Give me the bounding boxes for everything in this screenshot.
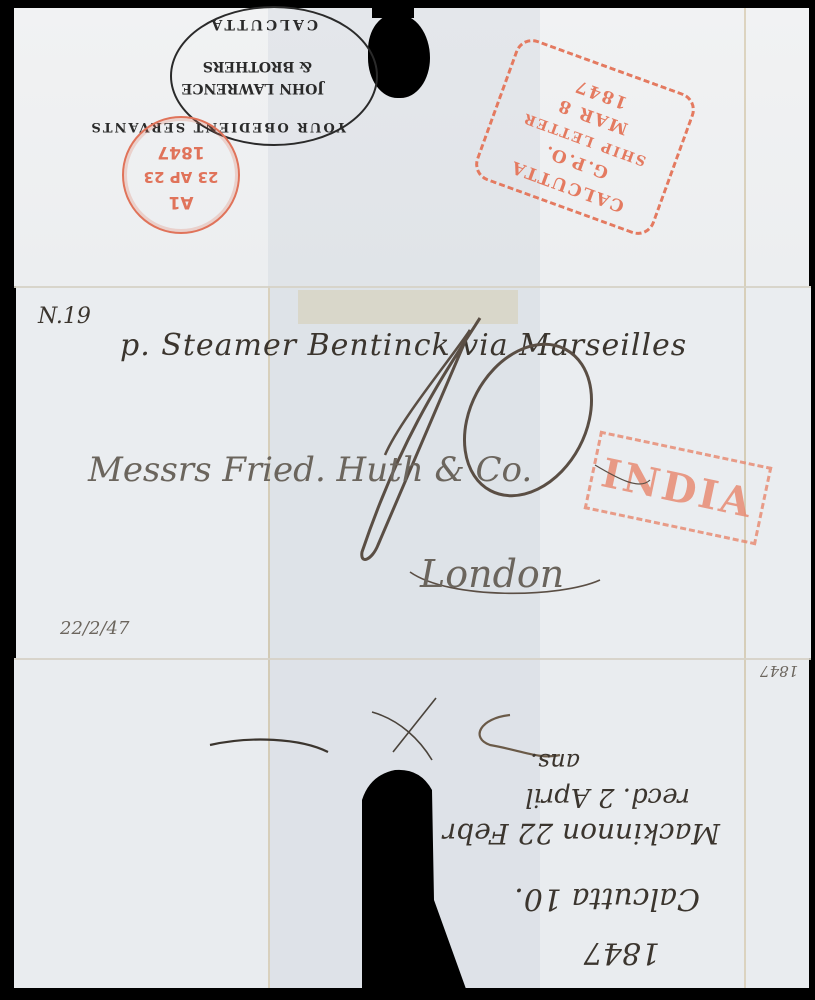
docket-line-place: Calcutta 10. [514, 881, 700, 916]
addressee-line-2: London [420, 552, 564, 596]
archive-note: 1847 [760, 662, 798, 680]
docket-line-sender: Mackinnon 22 Febr [443, 817, 720, 850]
letter-entire: YOUR OBEDIENT SERVANTS CALCUTTA JOHN LAW… [0, 0, 815, 1000]
docket-date: 22/2/47 [60, 618, 129, 639]
addressee-line-1: Messrs Fried. Huth & Co. [88, 450, 532, 490]
docket-line-received: recd. 2 April [525, 782, 690, 812]
inverted-docket: 1847 Calcutta 10. Mackinnon 22 Febr recd… [470, 740, 730, 980]
docket-line-answered: ans. [530, 748, 580, 776]
docket-line-year: 1847 [584, 935, 660, 970]
